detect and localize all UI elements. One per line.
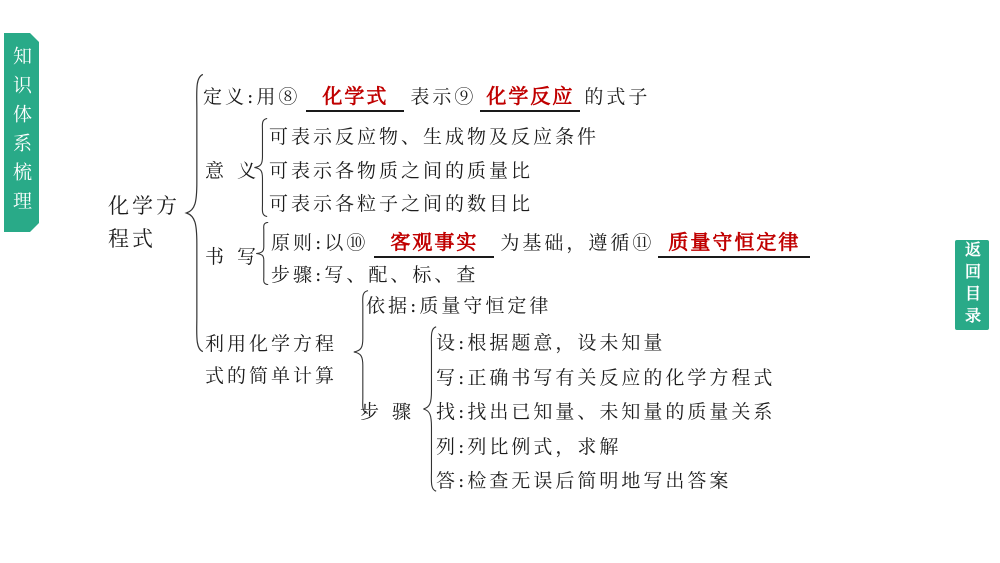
writing-steps-row: 步骤:写、配、标、查 (271, 260, 478, 287)
back-to-contents-tab[interactable]: 返回目录 (955, 240, 989, 330)
definition-row: 定义:用⑧ 化学式 表示⑨ 化学反应 的式子 (203, 80, 650, 112)
calculation-basis-row: 依据:质量守恒定律 (366, 291, 551, 318)
principle-middle: 为基础，遵循⑪ (500, 228, 654, 255)
root-label-line2: 程式 (108, 223, 156, 253)
writing-principle-row: 原则:以⑩ 客观事实 为基础，遵循⑪ 质量守恒定律 (271, 226, 814, 258)
principle-prefix: 原则:以⑩ (271, 228, 368, 255)
calc-step-item: 设:根据题意，设未知量 (436, 328, 665, 355)
calc-step-item: 答:检查无误后简明地写出答案 (436, 466, 731, 493)
slide: 知识体系梳理 返回目录 化学方 程式 定义:用⑧ 化学式 表示⑨ 化学反应 的式… (0, 0, 1000, 563)
calculation-label-line1: 利用化学方程 (205, 329, 337, 356)
meaning-label: 意义 (205, 156, 269, 183)
principle-answer-2: 质量守恒定律 (658, 226, 810, 258)
definition-prefix: 定义:用⑧ (203, 82, 300, 109)
definition-answer-1: 化学式 (306, 80, 404, 112)
writing-label: 书写 (205, 242, 269, 269)
calc-step-item: 写:正确书写有关反应的化学方程式 (436, 363, 775, 390)
calculation-label-line2: 式的简单计算 (205, 361, 337, 388)
calc-steps-label: 步骤 (360, 397, 424, 424)
definition-suffix: 的式子 (584, 82, 650, 109)
root-label-line1: 化学方 (108, 190, 180, 220)
main-brace (182, 73, 204, 353)
meaning-item: 可表示各物质之间的质量比 (269, 156, 533, 183)
back-to-contents-label: 返回目录 (961, 241, 984, 329)
meaning-item: 可表示反应物、生成物及反应条件 (269, 122, 599, 149)
calc-step-item: 找:找出已知量、未知量的质量关系 (436, 397, 775, 424)
definition-answer-2: 化学反应 (480, 80, 580, 112)
meaning-item: 可表示各粒子之间的数目比 (269, 189, 533, 216)
knowledge-outline-tab[interactable]: 知识体系梳理 (4, 33, 39, 232)
definition-middle: 表示⑨ (410, 82, 476, 109)
calc-step-item: 列:列比例式，求解 (436, 432, 621, 459)
principle-answer-1: 客观事实 (374, 226, 494, 258)
knowledge-outline-label: 知识体系梳理 (8, 46, 35, 220)
